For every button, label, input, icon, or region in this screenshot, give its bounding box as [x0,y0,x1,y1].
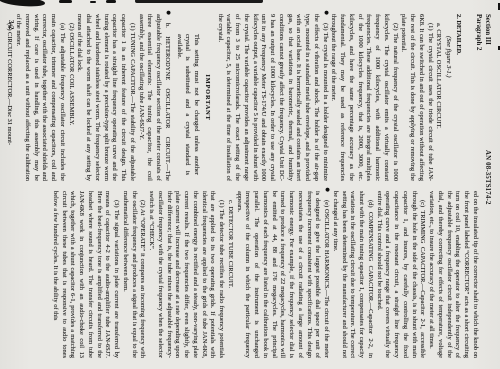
heading-detailed: 2. DETAILED. [453,14,462,181]
paragraph: (b) CIRCUIT CORRECTOR.—Disc 31 mount- [5,14,14,181]
scan-artifact-streak [135,0,263,3]
rotated-page-wrapper: Section III Paragraph 2 AN 08-35TS174-2 … [0,0,500,369]
paragraph: (3) The signal variations in plate curre… [50,191,120,358]
paragraph: (d) COMPENSATING CAPACITOR.—Capacitor 2-… [330,191,374,358]
heading-heterodyne-oscillator: b. HETERODYNE OSCILLATOR CIRCUIT.—The ad… [136,14,171,181]
scan-artifact-dot [106,0,116,3]
manual-page: Section III Paragraph 2 AN 08-35TS174-2 … [0,0,500,369]
paragraph: (2) The natural frequency of the crystal… [329,14,399,181]
important-heading: IMPORTANT [202,14,211,181]
important-note: This setting must not be changed unless … [174,34,200,175]
page-number: 3-2 [7,20,15,29]
heading-oscillator-coil: (2) OSCILLATOR COIL ASSEMBLY. [66,14,75,181]
paragraph: ed on the insulated tip of the corrector… [427,191,480,358]
scan-artifact-dot [90,1,96,3]
paragraph: (1) The detector tube rectifies the radi… [147,191,226,358]
two-column-text-block: 2. DETAILED.(See figure 3-1.)a. CRYSTAL … [5,14,479,359]
scanned-page-canvas: Section III Paragraph 2 AN 08-35TS174-2 … [0,0,500,369]
header-section: Section III [483,14,492,50]
paragraph: (2) At “OPERATE” it compares an incoming… [120,191,146,358]
paragraph: (1) TUNING CAPACITOR.—The stability of t… [75,14,136,181]
scan-artifact-blob [0,0,45,8]
heading-crystal-oscillator: a. CRYSTAL OSCILLATOR CIRCUIT. [434,14,443,181]
paragraph: (a) The adjustable frequency oscillator … [14,14,67,181]
figure-reference: (See figure 3-1.) [444,14,453,181]
scan-artifact-dot [59,0,72,3]
paragraph: (1) The crystal circuit uses the triode … [399,14,434,181]
paragraph: (e) OSCILLATOR HARMONICS.—The circuit of… [234,191,330,358]
left-column: 2. DETAILED.(See figure 3-1.)a. CRYSTAL … [5,14,479,181]
paragraph: (3) The crystal is mounted in a holder d… [215,14,329,181]
right-column: ed on the insulated tip of the corrector… [5,191,479,358]
paragraph: (c) TRIMMING CAPACITOR.—Capacitor 2-1, a… [374,191,427,358]
header-doc-number: AN 08-35TS174-2 [484,150,491,205]
heading-detector-tube: c. DETECTOR TUBE CIRCUIT. [225,191,234,358]
